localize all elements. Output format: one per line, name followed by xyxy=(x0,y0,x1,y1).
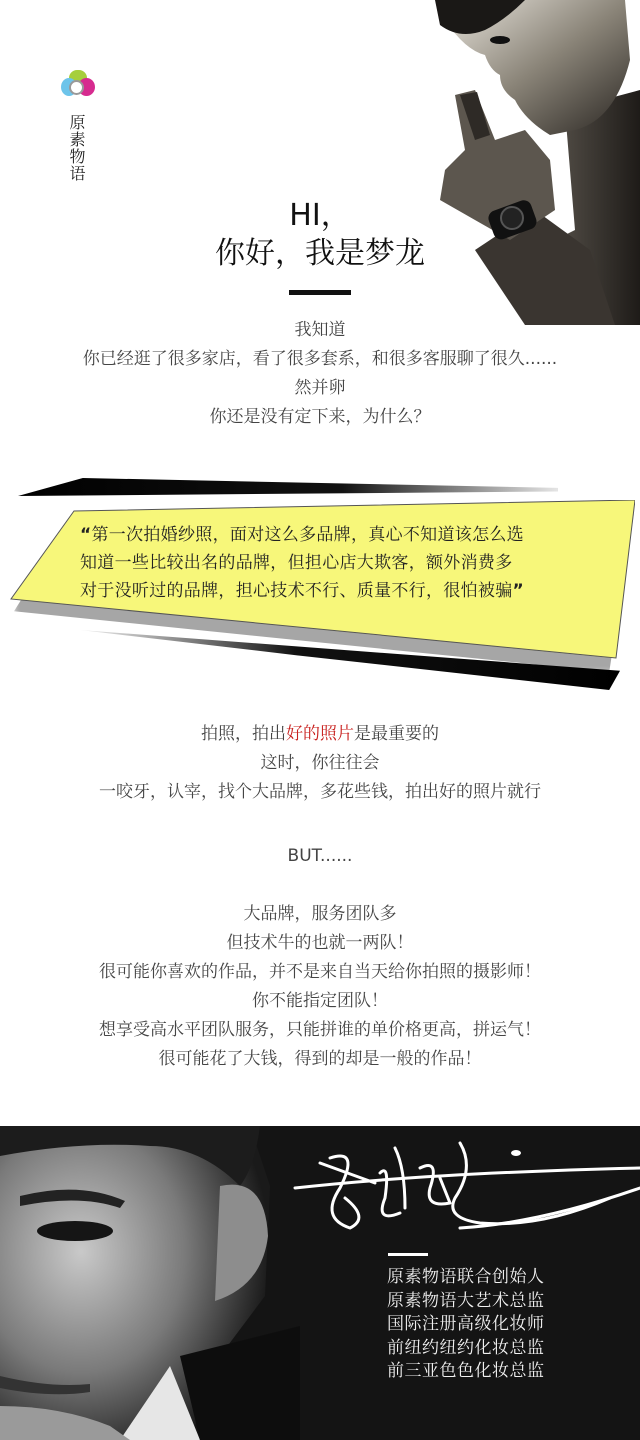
copy-line: 拍照，拍出好的照片是最重要的 xyxy=(0,720,640,749)
but-text: BUT...... xyxy=(0,842,640,871)
copy-line: 大品牌，服务团队多 xyxy=(0,900,640,929)
hero-photo xyxy=(415,0,640,325)
greeting-line-1: HI， xyxy=(120,198,520,234)
intro-line: 你还是没有定下来，为什么？ xyxy=(0,403,640,432)
copy-line: 你不能指定团队！ xyxy=(0,987,640,1016)
copy-line: 但技术牛的也就一两队！ xyxy=(0,929,640,958)
camera-lens-logo-icon xyxy=(61,70,95,100)
greeting-heading: HI， 你好，我是梦龙 xyxy=(120,198,520,274)
copy-line: 很可能你喜欢的作品，并不是来自当天给你拍照的摄影师！ xyxy=(0,958,640,987)
quote-line-2: 知道一些比较出名的品牌，但担心店大欺客，额外消费多 xyxy=(80,549,620,577)
credential-item: 国际注册高级化妆师 xyxy=(387,1313,617,1337)
credential-item: 原素物语大艺术总监 xyxy=(387,1290,617,1314)
greeting-line-2: 你好，我是梦龙 xyxy=(120,234,520,274)
founder-credentials: 原素物语联合创始人 原素物语大艺术总监 国际注册高级化妆师 前纽约纽约化妆总监 … xyxy=(387,1266,617,1384)
signature-icon xyxy=(280,1128,640,1248)
open-quote-mark: “ xyxy=(80,525,91,545)
founder-section: 原素物语联合创始人 原素物语大艺术总监 国际注册高级化妆师 前纽约纽约化妆总监 … xyxy=(0,1126,640,1440)
intro-line: 你已经逛了很多家店，看了很多套系，和很多客服聊了很久...... xyxy=(0,345,640,374)
quote-line-1: “第一次拍婚纱照，面对这么多品牌，真心不知道该怎么选 xyxy=(80,521,620,549)
copy-line: 这时，你往往会 xyxy=(0,749,640,778)
intro-line: 我知道 xyxy=(0,316,640,345)
brand-block: 原素物语 xyxy=(58,70,98,182)
brand-name: 原素物语 xyxy=(66,114,86,182)
copy-line: 很可能花了大钱，得到的却是一般的作品！ xyxy=(0,1045,640,1074)
photo-importance-text: 拍照，拍出好的照片是最重要的 这时，你往往会 一咬牙，认宰，找个大品牌，多花些钱… xyxy=(0,720,640,807)
copy-line: 一咬牙，认宰，找个大品牌，多花些钱，拍出好的照片就行 xyxy=(0,778,640,807)
decorative-stripe-top xyxy=(18,478,558,496)
title-divider xyxy=(289,290,351,295)
credential-item: 前三亚色色化妆总监 xyxy=(387,1360,617,1384)
credential-item: 前纽约纽约化妆总监 xyxy=(387,1337,617,1361)
close-quote-mark: ” xyxy=(513,581,524,601)
copy-line: 想享受高水平团队服务，只能拼谁的单价格更高，拼运气！ xyxy=(0,1016,640,1045)
intro-line: 然并卵 xyxy=(0,374,640,403)
founder-divider xyxy=(388,1253,428,1256)
intro-text: 我知道 你已经逛了很多家店，看了很多套系，和很多客服聊了很久...... 然并卵… xyxy=(0,316,640,432)
highlight-text: 好的照片 xyxy=(286,724,354,744)
founder-portrait-photo xyxy=(0,1126,300,1440)
quote-line-3: 对于没听过的品牌，担心技术不行、质量不行，很怕被骗” xyxy=(80,577,620,605)
customer-quote: “第一次拍婚纱照，面对这么多品牌，真心不知道该怎么选 知道一些比较出名的品牌，但… xyxy=(80,521,620,605)
credential-item: 原素物语联合创始人 xyxy=(387,1266,617,1290)
big-brand-issues-text: 大品牌，服务团队多 但技术牛的也就一两队！ 很可能你喜欢的作品，并不是来自当天给… xyxy=(0,900,640,1074)
